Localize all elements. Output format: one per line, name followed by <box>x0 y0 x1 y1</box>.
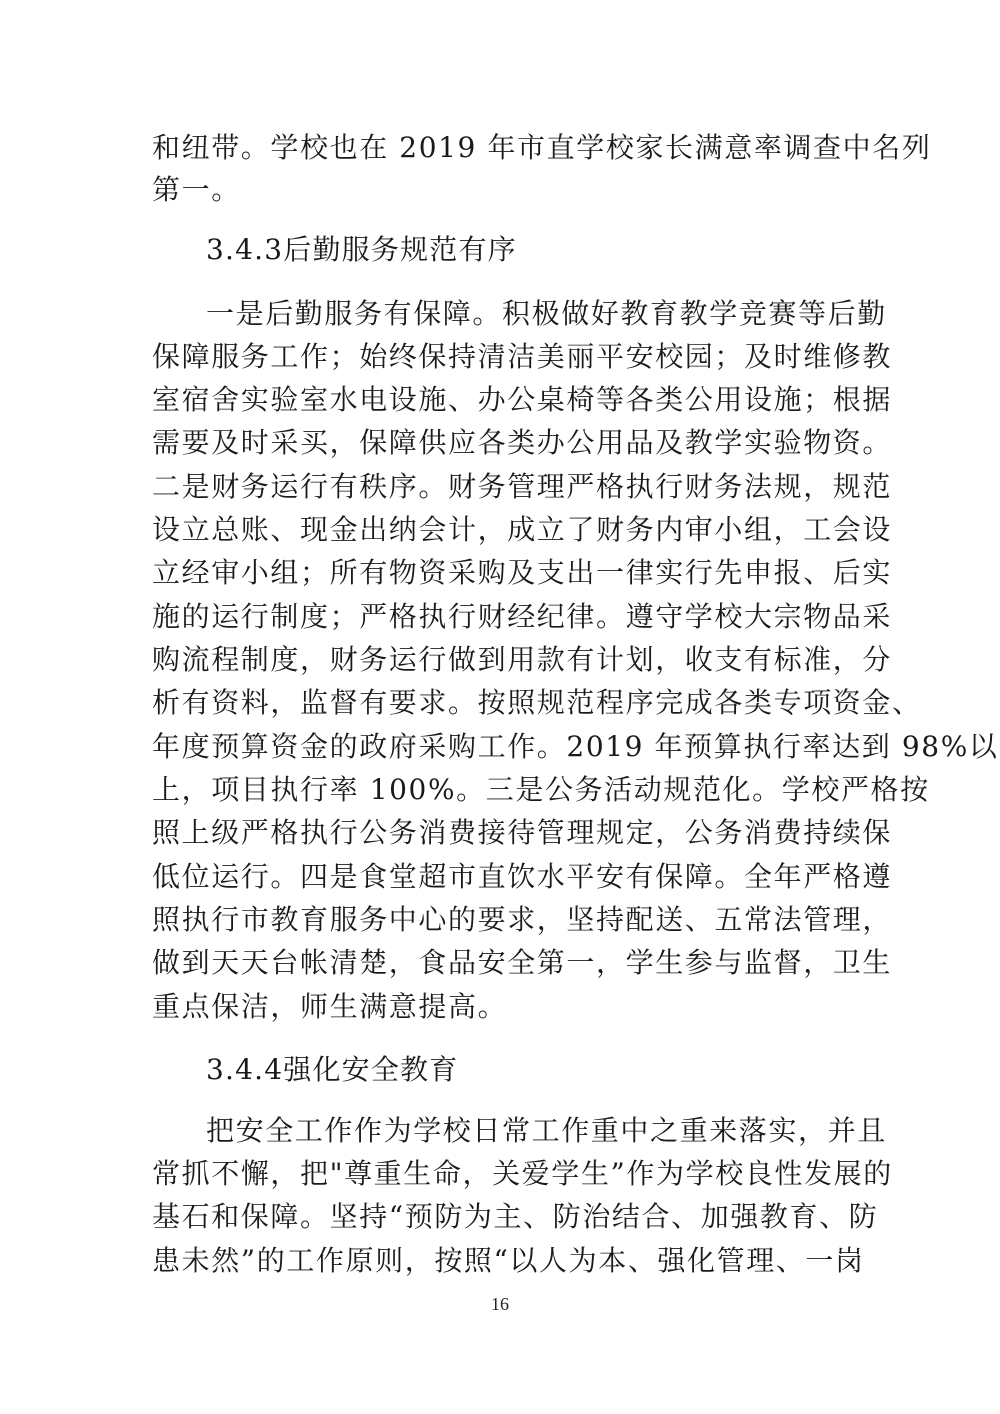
paragraph-line: 和纽带。学校也在 2019 年市直学校家长满意率调查中名列 <box>152 131 931 165</box>
paragraph-line: 上，项目执行率 100%。三是公务活动规范化。学校严格按 <box>152 773 930 807</box>
paragraph-line: 施的运行制度；严格执行财经纪律。遵守学校大宗物品采 <box>152 600 892 634</box>
page-number: 16 <box>0 1294 1000 1315</box>
paragraph-line: 需要及时采买，保障供应各类办公用品及教学实验物资。 <box>152 426 892 460</box>
paragraph-line: 照上级严格执行公务消费接待管理规定，公务消费持续保 <box>152 816 892 850</box>
paragraph-line: 室宿舍实验室水电设施、办公桌椅等各类公用设施；根据 <box>152 383 892 417</box>
paragraph-line: 做到天天台帐清楚，食品安全第一，学生参与监督，卫生 <box>152 946 892 980</box>
paragraph-line: 重点保洁，师生满意提高。 <box>152 990 507 1024</box>
paragraph-line: 立经审小组；所有物资采购及支出一律实行先申报、后实 <box>152 556 892 590</box>
paragraph-line: 析有资料，监督有要求。按照规范程序完成各类专项资金、 <box>152 686 922 720</box>
paragraph-line: 购流程制度，财务运行做到用款有计划，收支有标准，分 <box>152 643 892 677</box>
paragraph-line: 常抓不懈，把"尊重生命，关爱学生”作为学校良性发展的 <box>152 1157 893 1191</box>
paragraph-line: 低位运行。四是食堂超市直饮水平安有保障。全年严格遵 <box>152 860 892 894</box>
paragraph-line: 患未然”的工作原则，按照“以人为本、强化管理、一岗 <box>152 1244 865 1278</box>
paragraph-line: 设立总账、现金出纳会计，成立了财务内审小组，工会设 <box>152 513 892 547</box>
paragraph-line: 基石和保障。坚持“预防为主、防治结合、加强教育、防 <box>152 1200 878 1234</box>
paragraph-line: 保障服务工作；始终保持清洁美丽平安校园；及时维修教 <box>152 340 892 374</box>
paragraph-line: 把安全工作作为学校日常工作重中之重来落实，并且 <box>206 1114 887 1148</box>
paragraph-line: 照执行市教育服务中心的要求，坚持配送、五常法管理， <box>152 903 892 937</box>
paragraph-line: 一是后勤服务有保障。积极做好教育教学竞赛等后勤 <box>206 297 887 331</box>
paragraph-line: 第一。 <box>152 173 241 207</box>
paragraph-line: 二是财务运行有秩序。财务管理严格执行财务法规，规范 <box>152 470 892 504</box>
paragraph-line: 年度预算资金的政府采购工作。2019 年预算执行率达到 98%以 <box>152 730 999 764</box>
section-heading-3-4-4: 3.4.4强化安全教育 <box>206 1053 458 1087</box>
section-heading-3-4-3: 3.4.3后勤服务规范有序 <box>206 233 517 267</box>
